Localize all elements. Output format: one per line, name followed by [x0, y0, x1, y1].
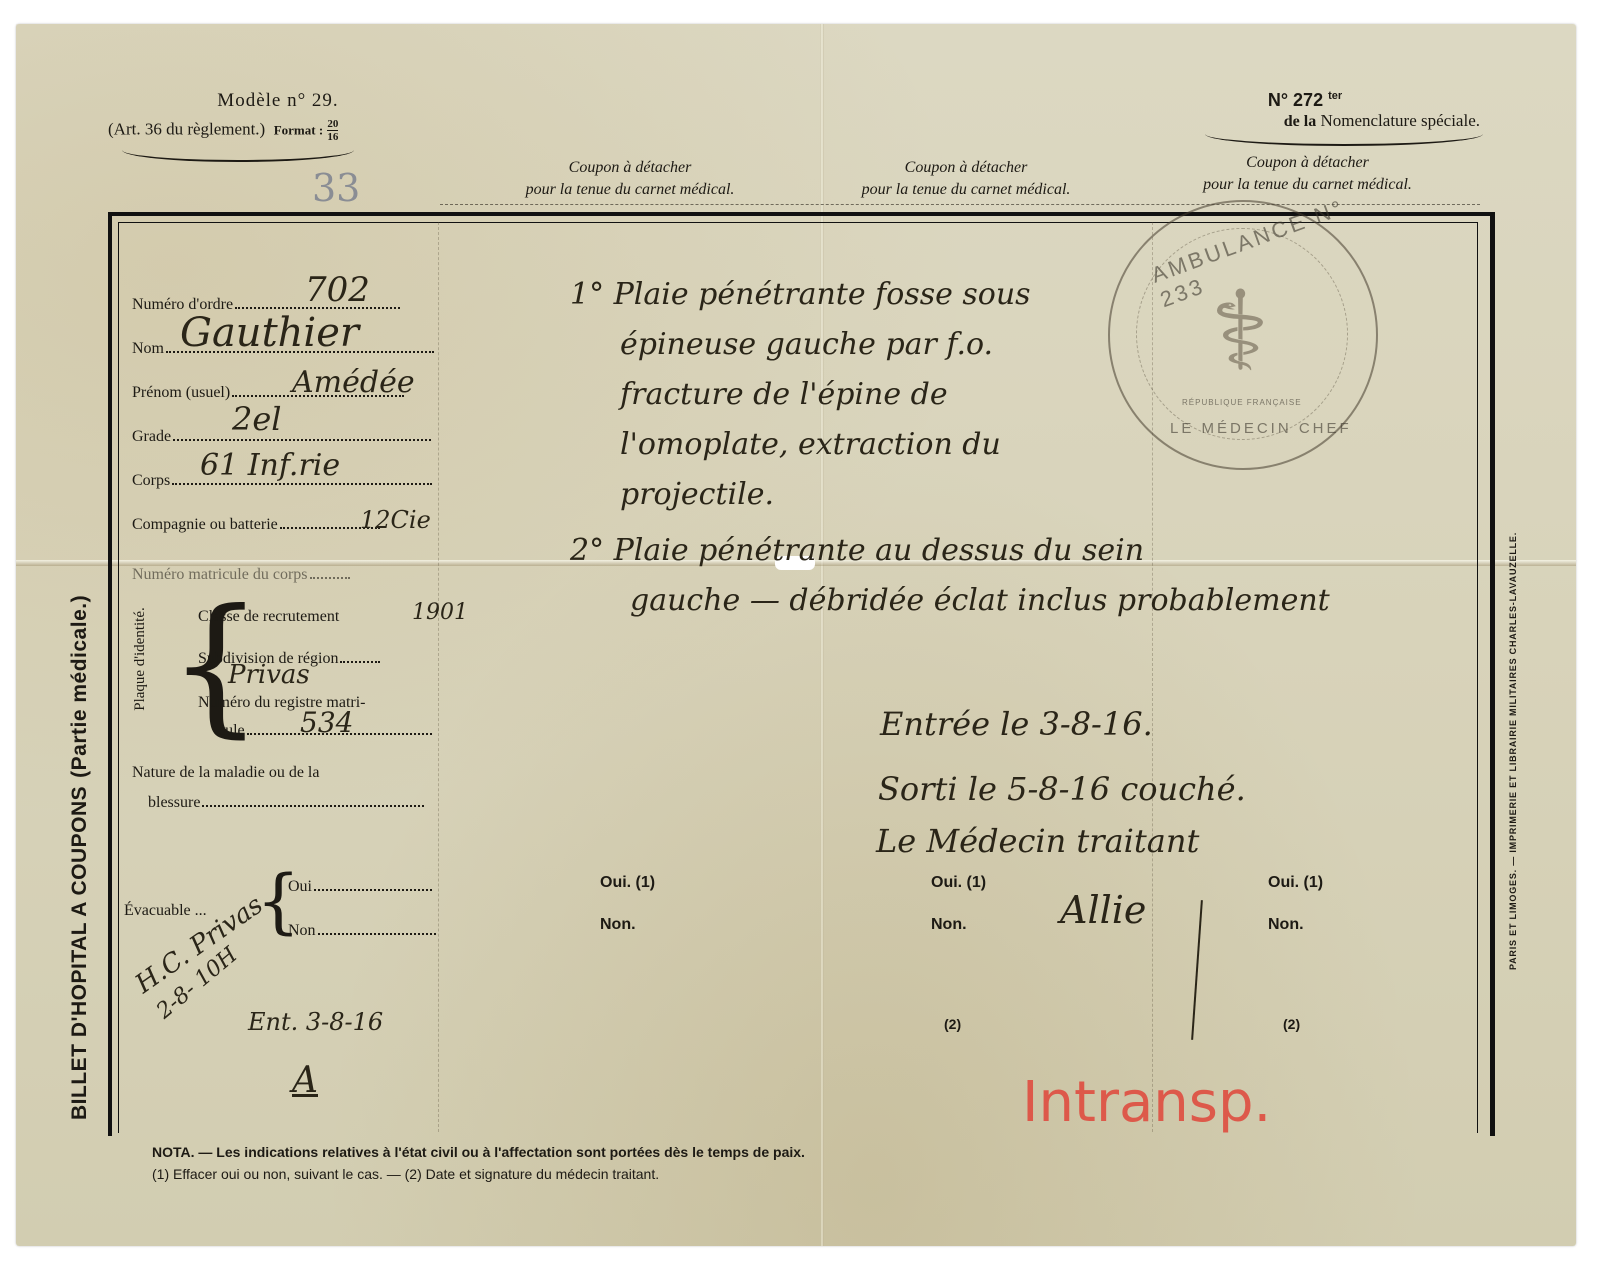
- dotted-line: [202, 803, 424, 807]
- coupon-2-note: (2): [944, 1016, 961, 1032]
- coupon-2-oui[interactable]: Oui. (1): [931, 874, 986, 892]
- coupon-header-2: Coupon à détacher pour la tenue du carne…: [806, 157, 1126, 201]
- nota-text: Les indications relatives à l'état civil…: [216, 1144, 805, 1160]
- label: Oui: [288, 878, 312, 895]
- label: Non: [288, 922, 316, 939]
- label: Nature de la maladie ou de la: [132, 764, 319, 781]
- marianne-seal-icon: ⚕: [1170, 252, 1310, 412]
- format-numerator: 20: [327, 118, 338, 130]
- red-pencil-note: Intransp.: [1022, 1070, 1271, 1135]
- value-prenom: Amédée: [292, 365, 415, 400]
- title-text: BILLET D'HOPITAL A COUPONS: [68, 786, 91, 1120]
- label: Grade: [132, 428, 171, 445]
- article-text: (Art. 36 du règlement.): [108, 119, 265, 138]
- label: Corps: [132, 472, 170, 489]
- coupon-3-oui[interactable]: Oui. (1): [1268, 874, 1323, 892]
- label: cule: [218, 722, 245, 739]
- document-title: BILLET D'HOPITAL A COUPONS(Partie médica…: [68, 595, 92, 1120]
- diagnosis-line: gauche — débridée éclat inclus probablem…: [570, 576, 1330, 626]
- field-classe: Classe de recrutement: [198, 608, 339, 626]
- margin-letter: A: [292, 1060, 318, 1101]
- dotted-line: [340, 659, 380, 663]
- number-suffix: ter: [1328, 90, 1342, 102]
- doctor-title: Le Médecin traitant: [876, 822, 1199, 860]
- coupon-1-line2: pour la tenue du carnet médical.: [470, 179, 790, 201]
- article-reference: (Art. 36 du règlement.) Format : 20 16: [108, 118, 448, 143]
- pencil-annotation: 33: [312, 166, 360, 210]
- dotted-line: [318, 931, 436, 935]
- format-label: Format :: [274, 122, 323, 137]
- header-left: Modèle n° 29. (Art. 36 du règlement.) Fo…: [108, 90, 448, 143]
- value-registre: 534: [300, 706, 353, 739]
- nota-line-2: (1) Effacer oui ou non, suivant le cas. …: [152, 1166, 659, 1182]
- nota-line-1: NOTA. — Les indications relatives à l'ét…: [152, 1144, 805, 1160]
- coupon-1-non[interactable]: Non.: [600, 916, 636, 934]
- header-right: N° 272 ter de la Nomenclature spéciale.: [1180, 90, 1480, 131]
- value-grade: 2el: [232, 400, 282, 438]
- plaque-identite-label: Plaque d'identité.: [132, 604, 149, 714]
- label: blessure: [148, 794, 200, 811]
- coupon-1-oui[interactable]: Oui. (1): [600, 874, 655, 892]
- coupon-2-line1: Coupon à détacher: [806, 157, 1126, 179]
- label: Nom: [132, 340, 164, 357]
- stamp-bottom-text: LE MÉDECIN CHEF: [1170, 420, 1352, 437]
- label: Compagnie ou batterie: [132, 516, 278, 533]
- nota-label: NOTA. —: [152, 1144, 212, 1160]
- value-corps: 61 Inf.rie: [200, 448, 340, 483]
- diagnosis-line: 2° Plaie pénétrante au dessus du sein: [570, 526, 1330, 576]
- coupon-3-note: (2): [1283, 1016, 1300, 1032]
- value-classe: 1901: [412, 600, 468, 625]
- perforation-line-1: [438, 222, 439, 1132]
- field-compagnie: Compagnie ou batterie: [132, 516, 380, 534]
- coupon-2-non[interactable]: Non.: [931, 916, 967, 934]
- field-evacuable: Évacuable ...: [124, 902, 207, 920]
- format-fraction: 20 16: [327, 118, 338, 143]
- dotted-line: [310, 575, 350, 579]
- printer-imprint: PARIS ET LIMOGES. — IMPRIMERIE ET LIBRAI…: [1508, 532, 1518, 970]
- modele-number: Modèle n° 29.: [108, 90, 448, 112]
- format-denominator: 16: [327, 130, 338, 143]
- label: Prénom (usuel): [132, 384, 230, 401]
- exit-date: Sorti le 5-8-16 couché.: [878, 770, 1246, 808]
- nomenclature-number: N° 272 ter: [1180, 90, 1430, 111]
- dotted-line: [173, 437, 431, 441]
- coupon-header-3: Coupon à détacher pour la tenue du carne…: [1145, 152, 1470, 196]
- diagnosis-line: projectile.: [570, 470, 1330, 520]
- stamp-inner-text: RÉPUBLIQUE FRANÇAISE: [1182, 398, 1302, 407]
- ambulance-stamp: AMBULANCE N° 233 ⚕ LE MÉDECIN CHEF RÉPUB…: [1108, 200, 1378, 470]
- value-compagnie: 12Cie: [360, 506, 431, 534]
- entry-date: Entrée le 3-8-16.: [880, 705, 1153, 743]
- field-nature: Nature de la maladie ou de la: [132, 764, 319, 782]
- coupon-header-1: Coupon à détacher pour la tenue du carne…: [470, 157, 790, 201]
- coupon-3-line1: Coupon à détacher: [1145, 152, 1470, 174]
- dotted-line: [314, 887, 432, 891]
- label: Classe de recrutement: [198, 608, 339, 625]
- evacuable-non[interactable]: Non: [288, 922, 436, 940]
- value-subdivision: Privas: [228, 660, 310, 690]
- margin-entry: Ent. 3-8-16: [248, 1008, 383, 1036]
- coupon-1-line1: Coupon à détacher: [470, 157, 790, 179]
- coupon-3-line2: pour la tenue du carnet médical.: [1145, 174, 1470, 196]
- coupon-3-non[interactable]: Non.: [1268, 916, 1304, 934]
- subtitle-text: (Partie médicale.): [68, 595, 91, 778]
- value-numero-ordre: 702: [305, 270, 370, 310]
- nomenclature-text: de la Nomenclature spéciale.: [1180, 111, 1480, 131]
- field-nature-cont: blessure: [148, 794, 424, 812]
- coupon-2-line2: pour la tenue du carnet médical.: [806, 179, 1126, 201]
- number-text: N° 272: [1268, 90, 1323, 110]
- nomenclature-prefix: de la: [1284, 113, 1316, 130]
- value-nom: Gauthier: [180, 310, 359, 356]
- evacuable-oui[interactable]: Oui: [288, 878, 432, 896]
- nomenclature-title: Nomenclature spéciale.: [1320, 111, 1480, 130]
- doctor-signature: Allie: [1060, 888, 1146, 932]
